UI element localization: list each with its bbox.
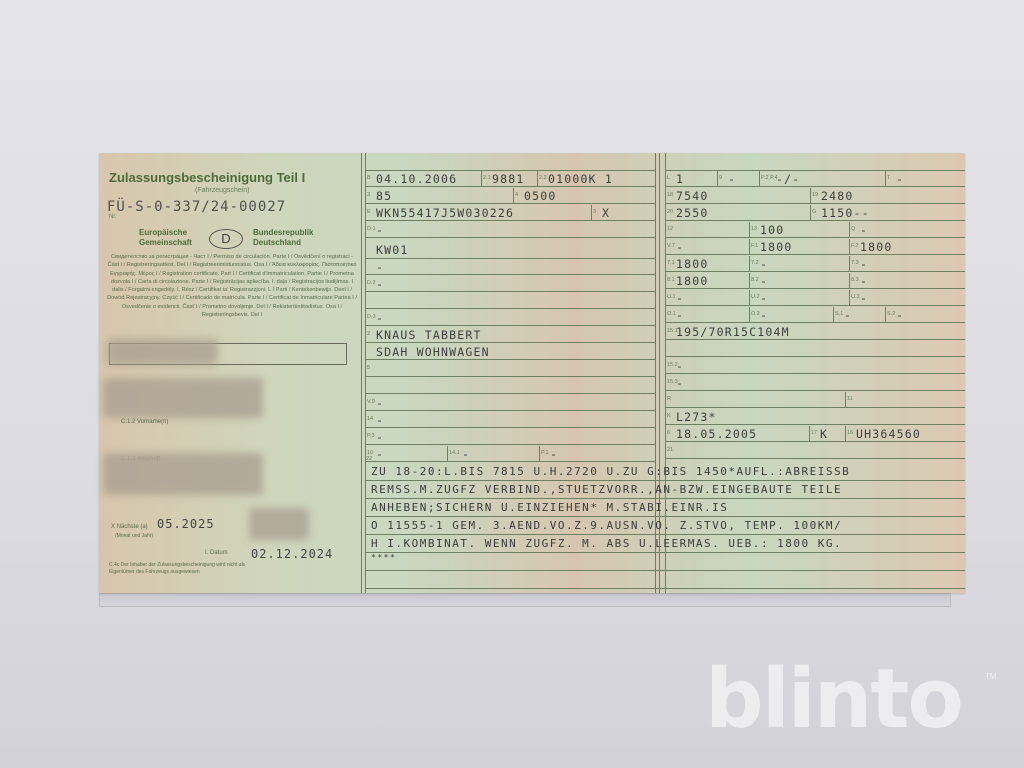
eu-label: Europäische Gemeinschaft <box>139 228 192 248</box>
redacted-address <box>103 453 263 495</box>
issue-date: 02.12.2024 <box>251 547 333 561</box>
certificate-header-panel: Zulassungsbescheinigung Teil I (Fahrzeug… <box>99 153 361 593</box>
issue-date-label: I. Datum <box>205 550 228 556</box>
remarks-line: **** <box>371 553 396 562</box>
redacted-stamp <box>249 508 309 540</box>
remarks-line: O 11555-1 GEM. 3.AEND.VO.Z.9.AUSN.VO. Z.… <box>371 519 842 532</box>
next-inspection-date: 05.2025 <box>157 517 215 531</box>
remarks-line: H I.KOMBINAT. WENN ZUGFZ. M. ABS U.LEERM… <box>371 537 842 550</box>
remarks-row <box>365 571 965 589</box>
country-label: Bundesrepublik Deutschland <box>253 228 313 248</box>
country-code-oval-icon: D <box>209 229 243 249</box>
owner-disclaimer: C.4c Der Inhaber der Zulassungsbescheini… <box>109 562 269 576</box>
remarks-line: ANHEBEN;SICHERN U.EINZIEHEN* M.STABI.EIN… <box>371 501 728 514</box>
trademark-mark: TM <box>985 672 997 681</box>
document-title: Zulassungsbescheinigung Teil I <box>109 170 305 185</box>
remarks-line: REMSS.M.ZUGFZ VERBIND.,STUETZVORR.,AN-BZ… <box>371 483 842 496</box>
remarks-section: 22 ZU 18-20:L.BIS 7815 U.H.2720 U.ZU G:B… <box>365 153 965 593</box>
remarks-row: ANHEBEN;SICHERN U.EINZIEHEN* M.STABI.EIN… <box>365 499 965 517</box>
blinto-watermark-logo: blinto <box>705 652 962 747</box>
redacted-holder-name <box>107 339 217 365</box>
next-inspection-label: X Nächste (a) <box>111 524 148 530</box>
remarks-row: REMSS.M.ZUGFZ VERBIND.,STUETZVORR.,AN-BZ… <box>365 481 965 499</box>
field-code: 22 <box>366 456 372 462</box>
document-underlay <box>99 593 951 607</box>
country-label-line2: Deutschland <box>253 238 313 248</box>
remarks-row: H I.KOMBINAT. WENN ZUGFZ. M. ABS U.LEERM… <box>365 535 965 553</box>
document-subtitle: (Fahrzeugschein) <box>195 187 249 194</box>
number-label: Nr. <box>109 214 117 220</box>
multilanguage-title-text: Свидетелство за регистрация - Част I / P… <box>107 253 357 319</box>
eu-label-line1: Europäische <box>139 228 192 238</box>
eu-label-line2: Gemeinschaft <box>139 238 192 248</box>
remarks-row: **** <box>365 553 965 571</box>
remarks-line: ZU 18-20:L.BIS 7815 U.H.2720 U.ZU G:BIS … <box>371 465 850 478</box>
country-label-line1: Bundesrepublik <box>253 228 313 238</box>
remarks-row: ZU 18-20:L.BIS 7815 U.H.2720 U.ZU G:BIS … <box>365 463 965 481</box>
redacted-holder-company <box>103 378 263 418</box>
divider <box>361 153 362 593</box>
next-inspection-sublabel: (Monat und Jahr) <box>115 533 153 539</box>
first-name-label: C.1.2 Vorname(n) <box>121 419 168 425</box>
remarks-row: O 11555-1 GEM. 3.AEND.VO.Z.9.AUSN.VO. Z.… <box>365 517 965 535</box>
registration-certificate: Zulassungsbescheinigung Teil I (Fahrzeug… <box>99 153 965 593</box>
document-number: FÜ-S-0-337/24-00027 <box>107 199 286 215</box>
